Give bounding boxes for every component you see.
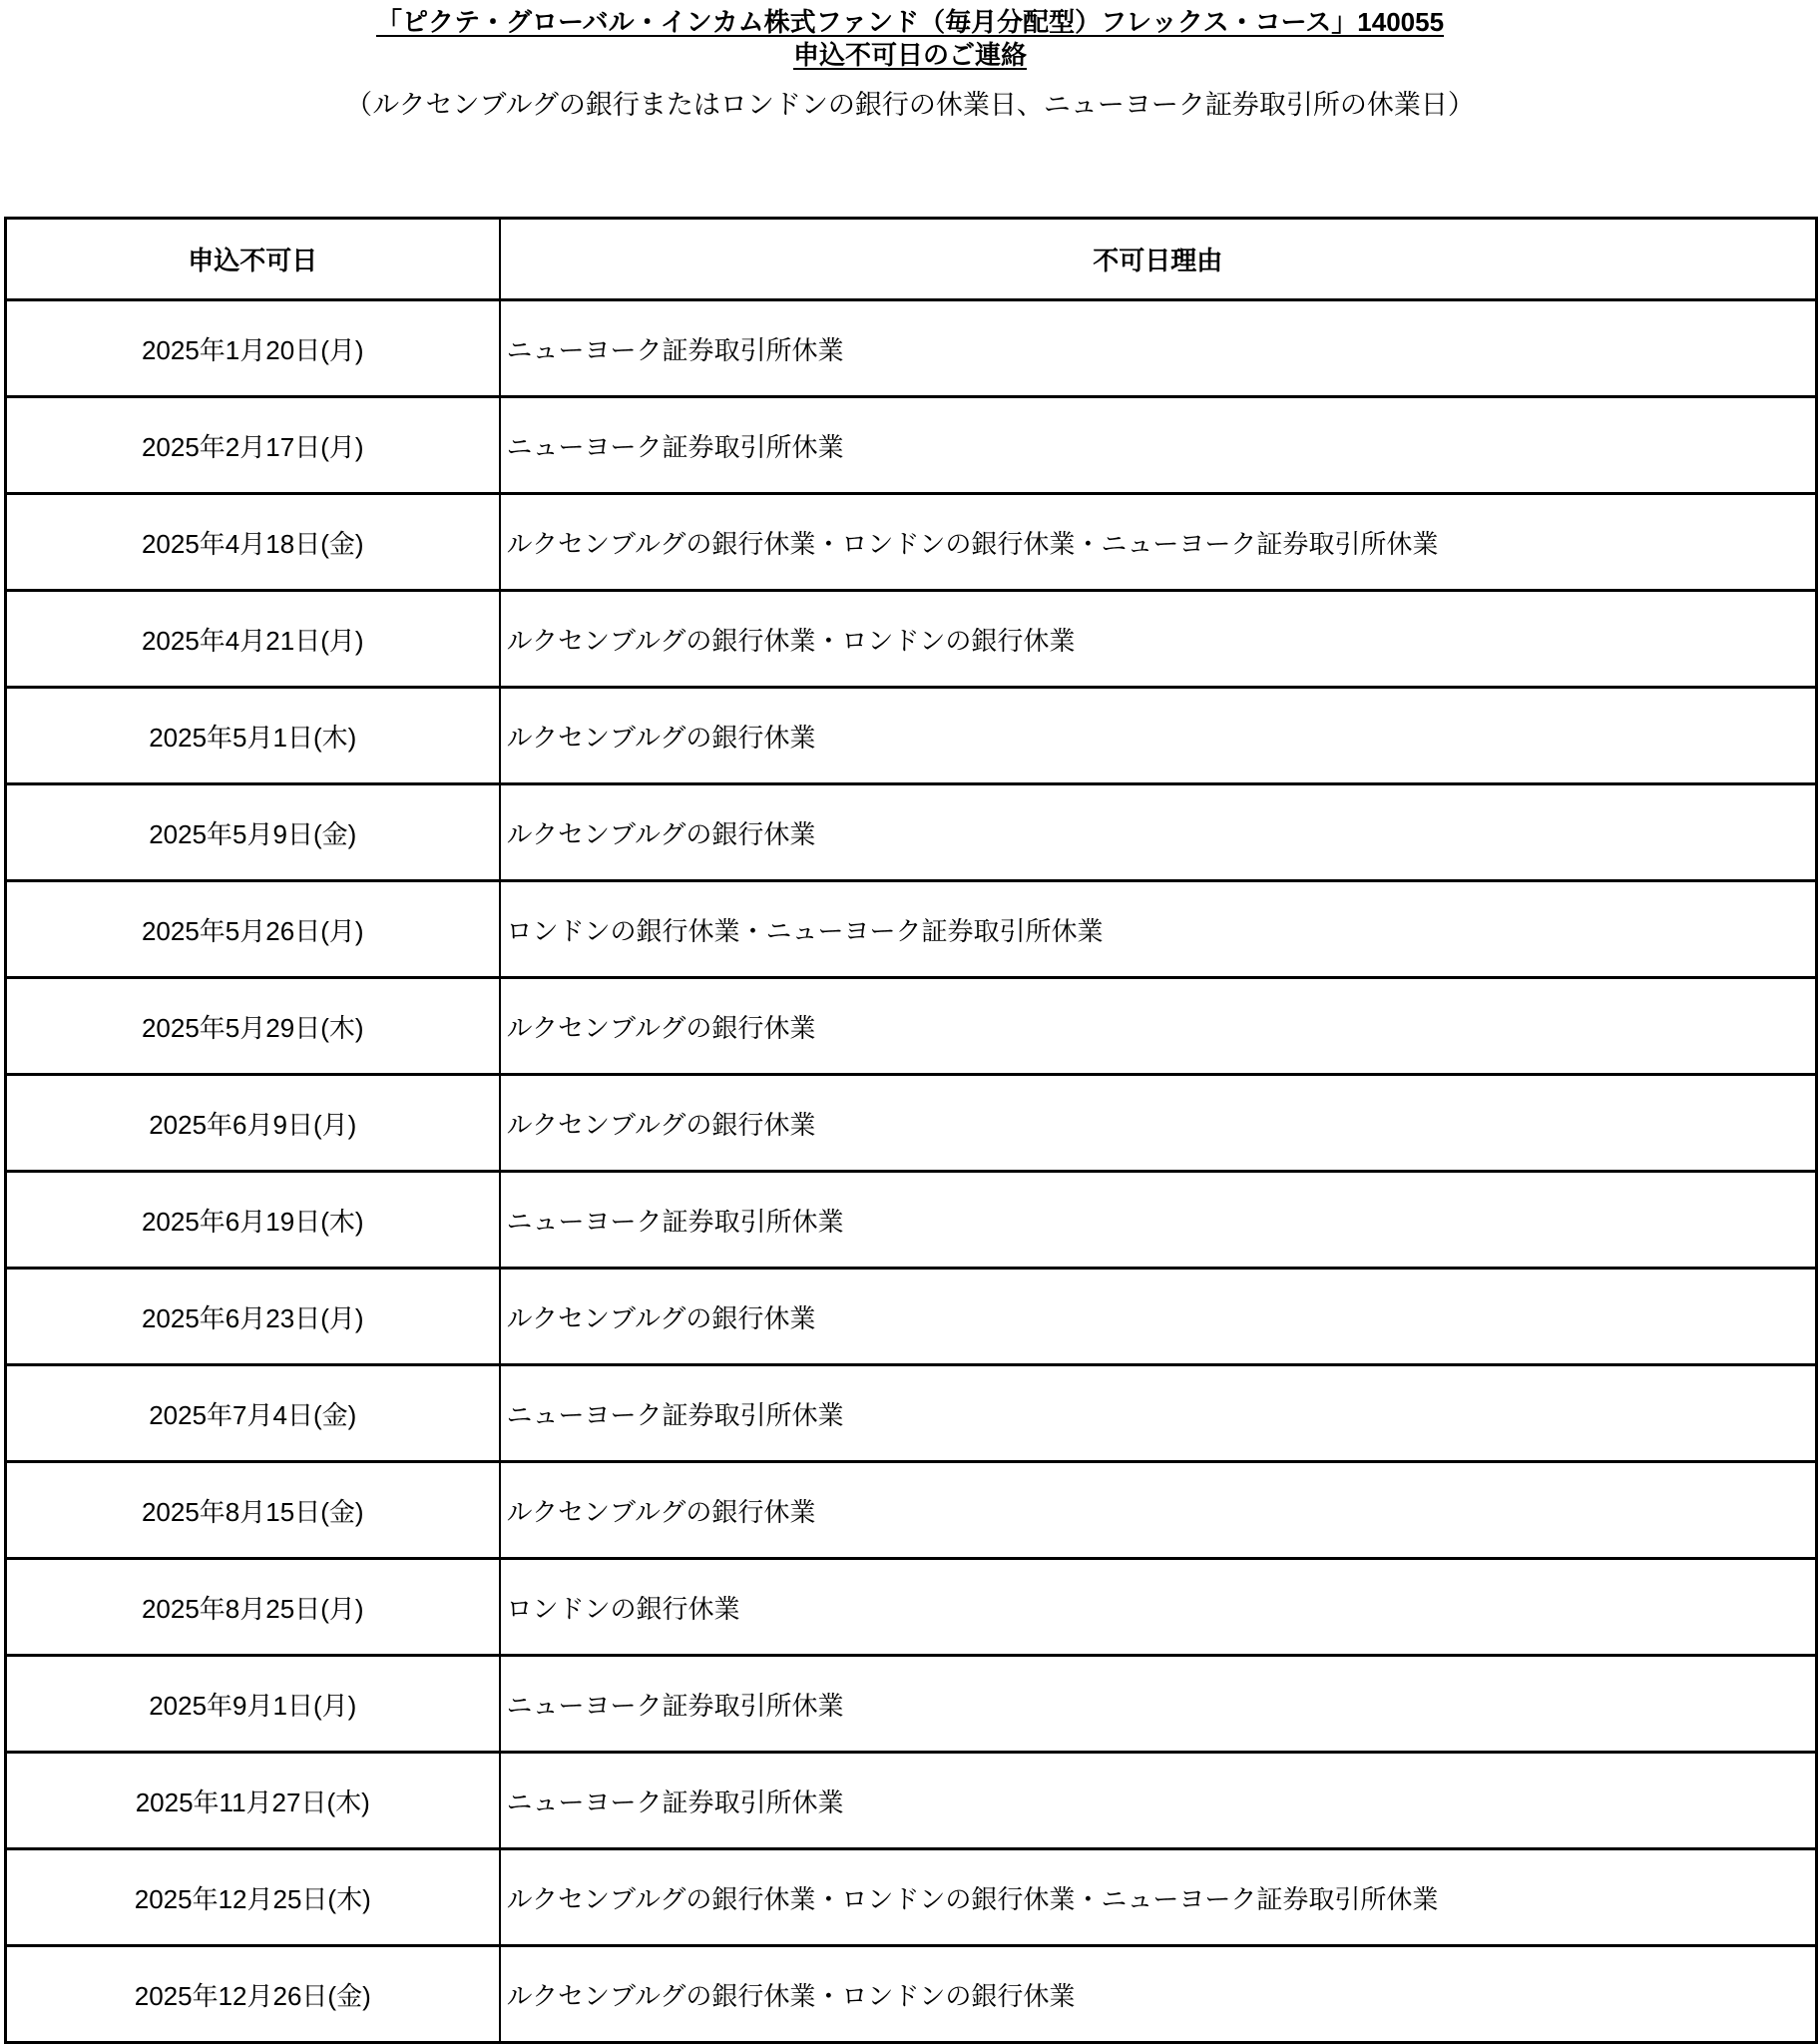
document-title-line1: 「ピクテ・グローバル・インカム株式ファンド（毎月分配型）フレックス・コース」14… xyxy=(0,6,1820,39)
reason-cell: ニューヨーク証券取引所休業 xyxy=(500,397,1817,494)
date-cell: 2025年8月15日(金) xyxy=(6,1462,500,1559)
table-row: 2025年5月26日(月) ロンドンの銀行休業・ニューヨーク証券取引所休業 xyxy=(6,881,1817,978)
date-cell: 2025年4月21日(月) xyxy=(6,591,500,688)
table-row: 2025年5月29日(木) ルクセンブルグの銀行休業 xyxy=(6,978,1817,1075)
document-header: 「ピクテ・グローバル・インカム株式ファンド（毎月分配型）フレックス・コース」14… xyxy=(0,0,1820,120)
table-row: 2025年2月17日(月) ニューヨーク証券取引所休業 xyxy=(6,397,1817,494)
reason-cell: ルクセンブルグの銀行休業・ロンドンの銀行休業・ニューヨーク証券取引所休業 xyxy=(500,494,1817,591)
date-cell: 2025年2月17日(月) xyxy=(6,397,500,494)
table-row: 2025年6月19日(木) ニューヨーク証券取引所休業 xyxy=(6,1172,1817,1269)
table-row: 2025年4月21日(月) ルクセンブルグの銀行休業・ロンドンの銀行休業 xyxy=(6,591,1817,688)
table-row: 2025年12月25日(木) ルクセンブルグの銀行休業・ロンドンの銀行休業・ニュ… xyxy=(6,1849,1817,1946)
document-subtitle: （ルクセンブルグの銀行またはロンドンの銀行の休業日、ニューヨーク証券取引所の休業… xyxy=(0,90,1820,120)
reason-cell: ニューヨーク証券取引所休業 xyxy=(500,300,1817,397)
reason-cell: ルクセンブルグの銀行休業 xyxy=(500,1075,1817,1172)
table-row: 2025年5月9日(金) ルクセンブルグの銀行休業 xyxy=(6,784,1817,881)
reason-cell: ルクセンブルグの銀行休業 xyxy=(500,784,1817,881)
date-cell: 2025年5月26日(月) xyxy=(6,881,500,978)
table-row: 2025年6月9日(月) ルクセンブルグの銀行休業 xyxy=(6,1075,1817,1172)
table-row: 2025年8月15日(金) ルクセンブルグの銀行休業 xyxy=(6,1462,1817,1559)
date-cell: 2025年9月1日(月) xyxy=(6,1656,500,1753)
reason-cell: ルクセンブルグの銀行休業 xyxy=(500,688,1817,784)
reason-cell: ニューヨーク証券取引所休業 xyxy=(500,1753,1817,1849)
reason-cell: ニューヨーク証券取引所休業 xyxy=(500,1172,1817,1269)
table-row: 2025年12月26日(金) ルクセンブルグの銀行休業・ロンドンの銀行休業 xyxy=(6,1946,1817,2043)
date-cell: 2025年6月19日(木) xyxy=(6,1172,500,1269)
date-cell: 2025年6月9日(月) xyxy=(6,1075,500,1172)
reason-cell: ルクセンブルグの銀行休業 xyxy=(500,1462,1817,1559)
table-row: 2025年1月20日(月) ニューヨーク証券取引所休業 xyxy=(6,300,1817,397)
table-row: 2025年4月18日(金) ルクセンブルグの銀行休業・ロンドンの銀行休業・ニュー… xyxy=(6,494,1817,591)
table-row: 2025年9月1日(月) ニューヨーク証券取引所休業 xyxy=(6,1656,1817,1753)
reason-cell: ロンドンの銀行休業・ニューヨーク証券取引所休業 xyxy=(500,881,1817,978)
reason-cell: ルクセンブルグの銀行休業・ロンドンの銀行休業 xyxy=(500,1946,1817,2043)
document-title-line2: 申込不可日のご連絡 xyxy=(0,39,1820,72)
header-reason: 不可日理由 xyxy=(500,219,1817,300)
date-cell: 2025年11月27日(木) xyxy=(6,1753,500,1849)
reason-cell: ロンドンの銀行休業 xyxy=(500,1559,1817,1656)
reason-cell: ルクセンブルグの銀行休業・ロンドンの銀行休業 xyxy=(500,591,1817,688)
date-cell: 2025年7月4日(金) xyxy=(6,1365,500,1462)
date-cell: 2025年12月26日(金) xyxy=(6,1946,500,2043)
date-cell: 2025年5月1日(木) xyxy=(6,688,500,784)
reason-cell: ルクセンブルグの銀行休業 xyxy=(500,978,1817,1075)
date-cell: 2025年12月25日(木) xyxy=(6,1849,500,1946)
date-cell: 2025年5月29日(木) xyxy=(6,978,500,1075)
holiday-table: 申込不可日 不可日理由 2025年1月20日(月) ニューヨーク証券取引所休業 … xyxy=(4,217,1818,2044)
table-header-row: 申込不可日 不可日理由 xyxy=(6,219,1817,300)
reason-cell: ニューヨーク証券取引所休業 xyxy=(500,1365,1817,1462)
date-cell: 2025年6月23日(月) xyxy=(6,1269,500,1365)
header-date: 申込不可日 xyxy=(6,219,500,300)
date-cell: 2025年5月9日(金) xyxy=(6,784,500,881)
table-row: 2025年11月27日(木) ニューヨーク証券取引所休業 xyxy=(6,1753,1817,1849)
date-cell: 2025年8月25日(月) xyxy=(6,1559,500,1656)
reason-cell: ルクセンブルグの銀行休業 xyxy=(500,1269,1817,1365)
reason-cell: ルクセンブルグの銀行休業・ロンドンの銀行休業・ニューヨーク証券取引所休業 xyxy=(500,1849,1817,1946)
table-row: 2025年5月1日(木) ルクセンブルグの銀行休業 xyxy=(6,688,1817,784)
table-row: 2025年6月23日(月) ルクセンブルグの銀行休業 xyxy=(6,1269,1817,1365)
table-row: 2025年8月25日(月) ロンドンの銀行休業 xyxy=(6,1559,1817,1656)
table-row: 2025年7月4日(金) ニューヨーク証券取引所休業 xyxy=(6,1365,1817,1462)
date-cell: 2025年4月18日(金) xyxy=(6,494,500,591)
date-cell: 2025年1月20日(月) xyxy=(6,300,500,397)
reason-cell: ニューヨーク証券取引所休業 xyxy=(500,1656,1817,1753)
